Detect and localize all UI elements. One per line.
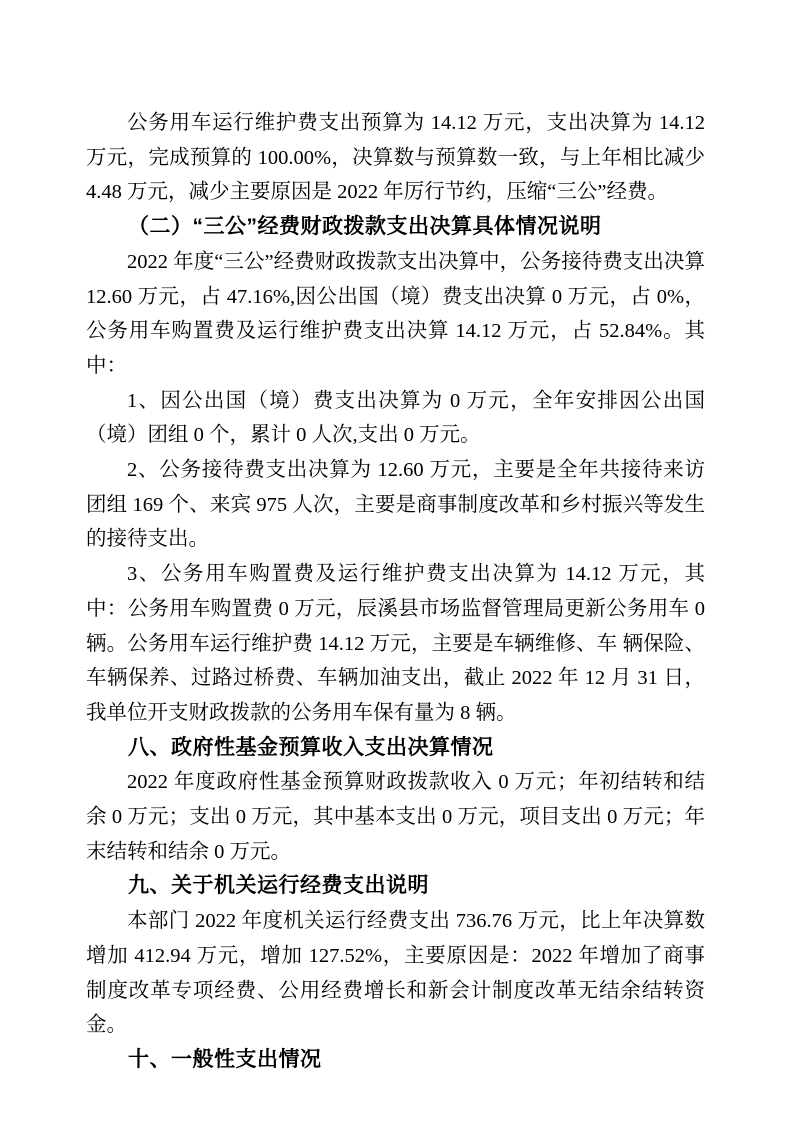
- heading-general-expenditure: 十、一般性支出情况: [86, 1043, 705, 1078]
- para-item-3-vehicle-purchase-operation: 3、公务用车购置费及运行维护费支出决算为 14.12 万元，其中：公务用车购置费…: [86, 557, 705, 731]
- para-three-public-funds-summary: 2022 年度“三公”经费财政拨款支出决算中，公务接待费支出决算 12.60 万…: [86, 245, 705, 384]
- heading-three-public-funds-detail: （二）“三公”经费财政拨款支出决算具体情况说明: [86, 210, 705, 245]
- document-content: 公务用车运行维护费支出预算为 14.12 万元，支出决算为 14.12 万元，完…: [86, 106, 705, 1078]
- para-vehicle-operating-budget: 公务用车运行维护费支出预算为 14.12 万元，支出决算为 14.12 万元，完…: [86, 106, 705, 210]
- para-agency-operating-details: 本部门 2022 年度机关运行经费支出 736.76 万元，比上年决算数增加 4…: [86, 904, 705, 1043]
- para-item-1-overseas-trips: 1、因公出国（境）费支出决算为 0 万元，全年安排因公出国（境）团组 0 个，累…: [86, 384, 705, 453]
- para-item-2-official-reception: 2、公务接待费支出决算为 12.60 万元，主要是全年共接待来访团组 169 个…: [86, 453, 705, 557]
- document-page: 公务用车运行维护费支出预算为 14.12 万元，支出决算为 14.12 万元，完…: [0, 0, 793, 1122]
- heading-agency-operating-expense: 九、关于机关运行经费支出说明: [86, 869, 705, 904]
- para-government-fund-details: 2022 年度政府性基金预算财政拨款收入 0 万元；年初结转和结余 0 万元；支…: [86, 765, 705, 869]
- heading-government-fund-budget: 八、政府性基金预算收入支出决算情况: [86, 731, 705, 766]
